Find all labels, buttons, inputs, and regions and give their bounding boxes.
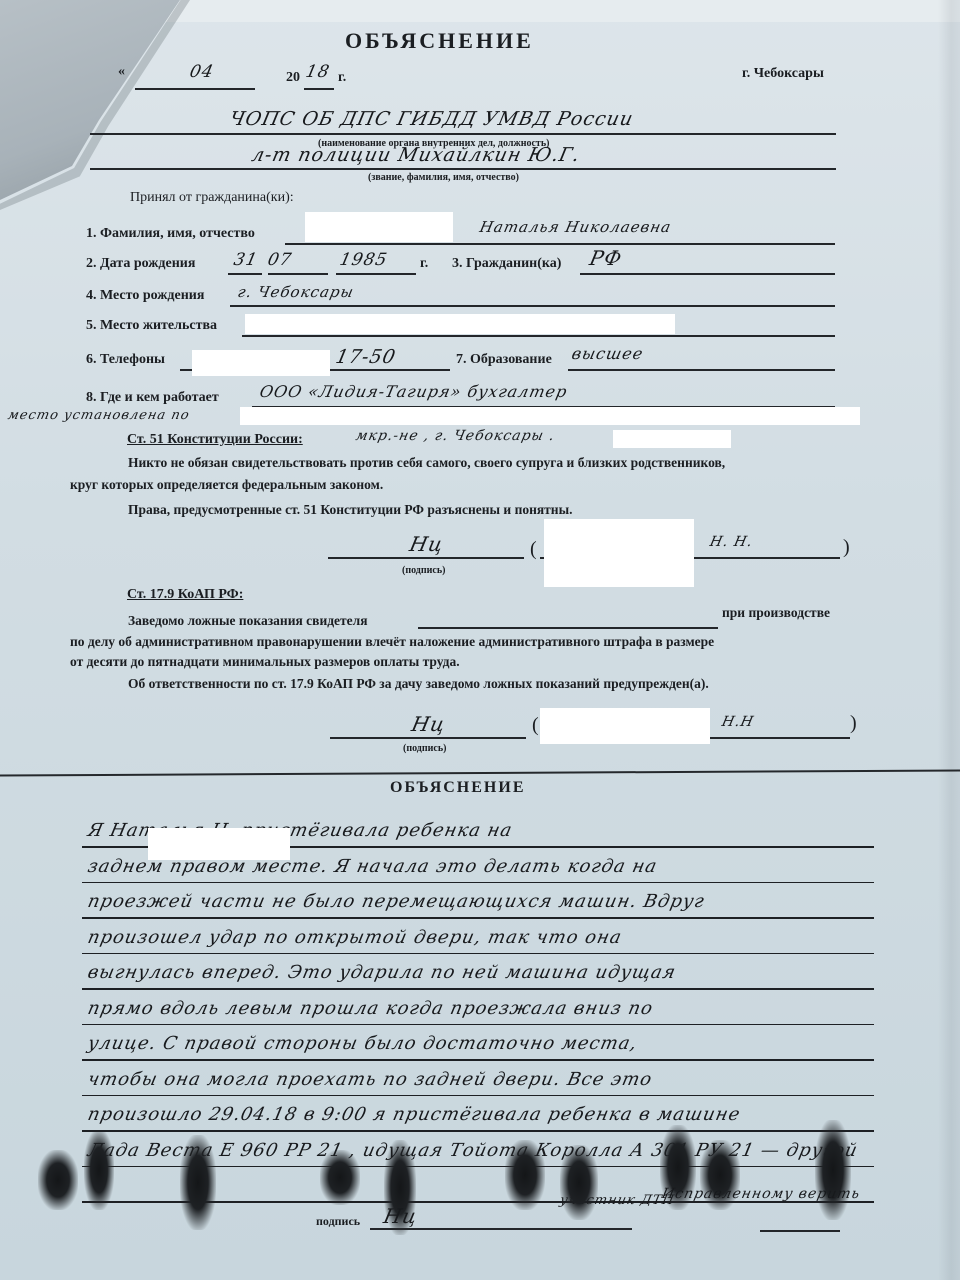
constitution-heading: Ст. 51 Конституции России:: [127, 432, 303, 448]
ink-stain: [815, 1120, 851, 1220]
redaction-koap-name: [540, 708, 710, 744]
field-residence-label: 5. Место жительства: [86, 318, 217, 334]
officer-name-caption: (звание, фамилия, имя, отчество): [368, 172, 519, 183]
field-workplace-value: ООО «Лидия-Тагиря» бухгалтер: [258, 382, 569, 401]
field-birth-unit: г.: [420, 256, 428, 272]
field-phones-label: 6. Телефоны: [86, 352, 165, 368]
ink-stain: [320, 1150, 360, 1205]
field-fullname-value: Наталья Николаевна: [478, 218, 673, 236]
ruled-line: [82, 1059, 874, 1061]
redaction-registration-2: [613, 430, 731, 448]
date-year-suffix: 18: [304, 62, 332, 82]
field-citizenship-value: РФ: [587, 246, 624, 270]
ink-stain: [84, 1130, 114, 1210]
field-education-value: высшее: [570, 344, 645, 363]
explanation-line: произошло 29.04.18 в 9:00 я пристёгивала…: [86, 1104, 743, 1125]
explanation-signature: Нц: [381, 1204, 420, 1228]
constitution-text-line1: Никто не обязан свидетельствовать против…: [128, 455, 725, 471]
ink-stain: [180, 1135, 216, 1230]
date-year-unit: г.: [338, 70, 346, 86]
field-birthplace-label: 4. Место рождения: [86, 288, 204, 304]
correction-note: Исправленному верить: [660, 1186, 861, 1202]
officer-org-value: ЧОПС ОБ ДПС ГИБДД УМВД России: [228, 108, 636, 130]
koap-paren-close: ): [850, 712, 857, 735]
explanation-line: чтобы она могла проехать по задней двери…: [86, 1069, 655, 1090]
redaction-explanation-surname: [148, 828, 290, 860]
constitution-paren-open: (: [530, 538, 537, 561]
registration-prefix: место установлена по: [6, 408, 191, 423]
constitution-initials: Н. Н.: [708, 534, 754, 550]
redaction-phone: [192, 350, 330, 376]
redaction-registration: [240, 407, 860, 425]
field-phones-value: 17-50: [334, 346, 398, 368]
koap-paren-open: (: [532, 714, 539, 737]
field-birthdate-label: 2. Дата рождения: [86, 256, 195, 272]
constitution-signature: Нц: [407, 532, 446, 556]
ruled-line: [82, 988, 874, 990]
redaction-address: [245, 314, 675, 334]
koap-signature-caption: (подпись): [403, 743, 446, 754]
explanation-line: улице. С правой стороны было достаточно …: [86, 1033, 640, 1054]
redaction-constitution-name: [544, 519, 694, 587]
constitution-text-line2: круг которых определяется федеральным за…: [70, 477, 383, 493]
field-citizenship-label: 3. Гражданин(ка): [452, 256, 561, 272]
koap-initials: Н.Н: [720, 714, 755, 730]
constitution-paren-close: ): [843, 536, 850, 559]
ink-stain: [505, 1140, 545, 1210]
registration-tail: мкр.-не , г. Чебоксары .: [354, 428, 556, 444]
koap-signature: Нц: [409, 712, 448, 736]
constitution-signature-caption: (подпись): [402, 565, 445, 576]
ruled-line: [82, 1024, 874, 1026]
officer-name-value: л-т полиции Михайлкин Ю.Г.: [250, 144, 583, 166]
explanation-line: прямо вдоль левым прошла когда проезжала…: [86, 998, 655, 1019]
ruled-line: [82, 1130, 874, 1132]
redaction-surname: [305, 212, 453, 242]
field-workplace-label: 8. Где и кем работает: [86, 390, 219, 406]
city: г. Чебоксары: [742, 66, 824, 82]
date-year-prefix: 20: [286, 70, 300, 86]
date-open-quote: «: [118, 64, 125, 80]
explanation-line: проезжей части не было перемещающихся ма…: [86, 891, 707, 912]
received-from-label: Принял от гражданина(ки):: [130, 190, 294, 206]
koap-responsibility: Об ответственности по ст. 17.9 КоАП РФ з…: [128, 676, 709, 692]
explanation-signature-label: подпись: [316, 1214, 360, 1229]
ink-stain: [38, 1150, 78, 1210]
ink-stain: [560, 1145, 598, 1220]
document-title: ОБЪЯСНЕНИЕ: [345, 28, 534, 54]
koap-line1-start: Заведомо ложные показания свидетеля: [128, 613, 368, 629]
explanation-heading: ОБЪЯСНЕНИЕ: [390, 779, 525, 797]
page-right-edge: [938, 0, 960, 1280]
explanation-line: выгнулась вперед. Это ударила по ней маш…: [86, 962, 678, 983]
explanation-line: произошел удар по открытой двери, так чт…: [86, 927, 624, 948]
koap-heading: Ст. 17.9 КоАП РФ:: [127, 587, 243, 603]
field-birth-year: 1985: [338, 250, 390, 270]
ruled-line: [82, 953, 874, 955]
field-fullname-label: 1. Фамилия, имя, отчество: [86, 226, 255, 242]
koap-line1-end: при производстве: [722, 605, 830, 621]
constitution-rights-text: Права, предусмотренные ст. 51 Конституци…: [128, 502, 573, 518]
field-education-label: 7. Образование: [456, 352, 552, 368]
ruled-line: [82, 882, 874, 884]
date-month-value: 04: [188, 62, 216, 82]
field-birth-day: 31: [232, 250, 260, 270]
koap-line3: от десяти до пятнадцати минимальных разм…: [70, 654, 460, 670]
field-birth-month: 07: [266, 250, 294, 270]
ruled-line: [82, 917, 874, 919]
field-birthplace-value: г. Чебоксары: [236, 283, 356, 301]
koap-line2: по делу об административном правонарушен…: [70, 634, 714, 650]
ruled-line: [82, 1095, 874, 1097]
